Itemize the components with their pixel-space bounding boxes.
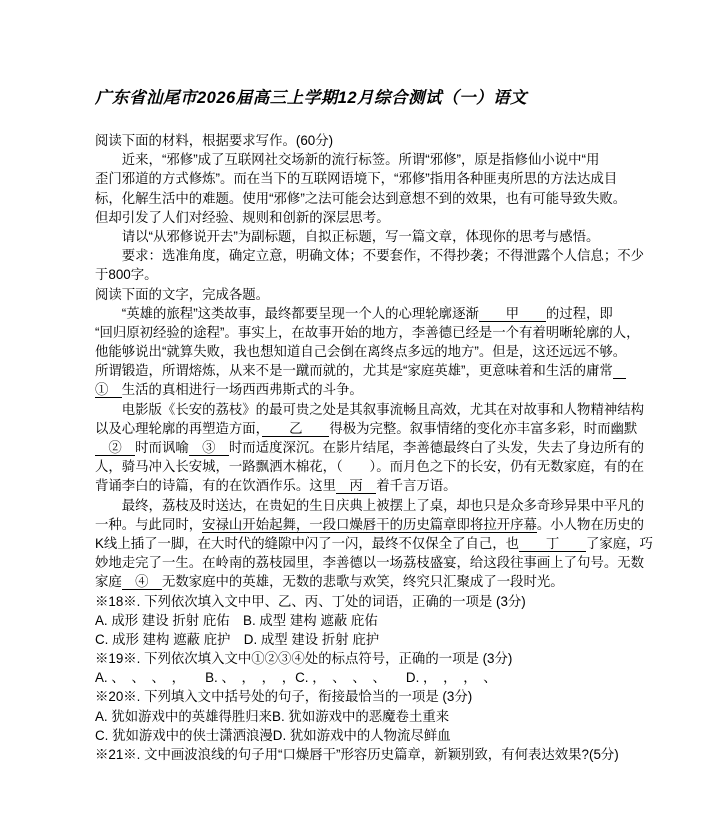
text-segment: ※21※. 文中画波浪线的句子用“口燥唇干”形容历史篇章，新颖别致，有何表达效果… — [95, 747, 619, 762]
underlined-text: 丙 — [336, 478, 376, 494]
text-line: 家庭 ④ 无数家庭中的英雄，无数的悲歌与欢笑，终究只汇聚成了一段时光。 — [95, 572, 655, 591]
text-line: 以及心理轮廓的再塑造方面， 乙 得极为完整。叙事情绪的变化亦丰富多彩，时而幽默 — [95, 419, 655, 438]
underlined-text: ① — [95, 382, 122, 398]
text-line: 阅读下面的材料，根据要求写作。(60分) — [95, 131, 655, 150]
text-segment: ※18※. 下列依次填入文中甲、乙、丙、丁处的词语，正确的一项是 (3分) — [95, 594, 526, 609]
text-line: C. 成形 建构 遮蔽 庇护 D. 成型 建设 折射 庇护 — [95, 630, 655, 649]
text-segment: 时而适度深沉。在影片结尾，李善德最终白了头发，失去了身边所有的 — [229, 440, 644, 455]
text-line: 阅读下面的文字，完成各题。 — [95, 285, 655, 304]
underlined-text: 乙 — [262, 421, 329, 437]
text-line: 电影版《长安的荔枝》的最可贵之处是其叙事流畅且高效，尤其在对故事和人物精神结构 — [95, 400, 655, 419]
underlined-text: 丁 — [519, 536, 586, 552]
text-segment: 于800字。 — [95, 267, 158, 282]
document-page: 广东省汕尾市2026届高三上学期12月综合测试（一）语文 阅读下面的材料，根据要… — [0, 0, 718, 825]
text-segment: 背诵李白的诗篇，有的在饮酒作乐。这里 — [95, 478, 336, 493]
text-segment: 最终，荔枝及时送达，在贵妃的生日庆典上被摆上了桌，却也只是众多奇珍异果中平凡的 — [95, 498, 644, 513]
text-line: C. 犹如游戏中的侠士潇洒浪漫D. 犹如游戏中的人物流尽鲜血 — [95, 726, 655, 745]
text-line: 一种。与此同时，安禄山开始起舞，一段口燥唇干的历史篇章即将拉开序幕。小人物在历史… — [95, 515, 655, 534]
text-segment: 生活的真相进行一场西西弗斯式的斗争。 — [122, 382, 363, 397]
text-segment: A. 成形 建设 折射 庇佑 B. 成型 建构 遮蔽 庇佑 — [95, 613, 378, 628]
underlined-text: ② — [95, 440, 135, 456]
text-segment: 但却引发了人们对经验、规则和创新的深层思考。 — [95, 210, 390, 225]
text-line: ※21※. 文中画波浪线的句子用“口燥唇干”形容历史篇章，新颖别致，有何表达效果… — [95, 745, 655, 764]
text-segment: 歪门邪道的方式修炼”。而在当下的互联网语境下，“邪修”指用各种匪夷所思的方法达成… — [95, 171, 617, 186]
text-line: 人，骑马冲入长安城，一路飘洒木棉花，（ ）。而月色之下的长安，仍有无数家庭，有的… — [95, 457, 655, 476]
page-title: 广东省汕尾市2026届高三上学期12月综合测试（一）语文 — [95, 84, 527, 108]
text-segment: C. 成形 建构 遮蔽 庇护 D. 成型 建设 折射 庇护 — [95, 632, 379, 647]
text-segment: ※19※. 下列依次填入文中①②③④处的标点符号，正确的一项是 (3分) — [95, 651, 512, 666]
text-line: 请以“从邪修说开去”为副标题，自拟正标题，写一篇文章，体现你的思考与感悟。 — [95, 227, 655, 246]
text-segment: “回归原初经验的途程”。事实上，在故事开始的地方，李善德已经是一个有着明晰轮廓的… — [95, 325, 640, 340]
underlined-text — [613, 363, 626, 379]
text-segment: “英雄的旅程”这类故事，最终都要呈现一个人的心理轮廓逐渐 — [95, 306, 479, 321]
text-segment: 无数家庭中的英雄，无数的悲歌与欢笑，终究只汇聚成了一段时光。 — [162, 574, 564, 589]
text-segment: 他能够说出“就算失败，我也想知道自己会倒在离终点多远的地方”。但是，这还远远不够… — [95, 344, 626, 359]
text-segment: 得极为完整。叙事情绪的变化亦丰富多彩，时而幽默 — [329, 421, 637, 436]
text-segment: 要求：选准角度，确定立意，明确文体；不要套作，不得抄袭；不得泄露个人信息；不少 — [95, 248, 644, 263]
text-line: ※18※. 下列依次填入文中甲、乙、丙、丁处的词语，正确的一项是 (3分) — [95, 592, 655, 611]
text-line: 背诵李白的诗篇，有的在饮酒作乐。这里 丙 着千言万语。 — [95, 476, 655, 495]
text-line: ※20※. 下列填入文中括号处的句子，衔接最恰当的一项是 (3分) — [95, 687, 655, 706]
text-segment: 阅读下面的文字，完成各题。 — [95, 287, 269, 302]
text-segment: 妙地走完了一生。在岭南的荔枝园里，李善德以一场荔枝盛宴，给这段往事画上了句号。无… — [95, 555, 644, 570]
text-segment: 着千言万语。 — [376, 478, 456, 493]
text-line: A. 犹如游戏中的英雄得胜归来B. 犹如游戏中的恶魔卷土重来 — [95, 707, 655, 726]
text-segment: 近来，“邪修”成了互联网社交场新的流行标签。所谓“邪修”，原是指修仙小说中“用 — [95, 152, 599, 167]
text-segment: 所谓锻造，所谓熔炼，从来不是一蹴而就的，尤其是“家庭英雄”，更意味着和生活的庸常 — [95, 363, 613, 378]
text-segment: 标，化解生活中的难题。使用“邪修”之法可能会达到意想不到的效果，也有可能导致失败… — [95, 191, 626, 206]
text-segment: K线上插了一脚，在大时代的缝隙中闪了一闪，最终不仅保全了自己，也 — [95, 536, 519, 551]
text-line: 他能够说出“就算失败，我也想知道自己会倒在离终点多远的地方”。但是，这还远远不够… — [95, 342, 655, 361]
text-line: 最终，荔枝及时送达，在贵妃的生日庆典上被摆上了桌，却也只是众多奇珍异果中平凡的 — [95, 496, 655, 515]
text-line: ※19※. 下列依次填入文中①②③④处的标点符号，正确的一项是 (3分) — [95, 649, 655, 668]
underlined-text: 甲 — [479, 306, 546, 322]
text-line: ① 生活的真相进行一场西西弗斯式的斗争。 — [95, 380, 655, 399]
document-body: 阅读下面的材料，根据要求写作。(60分) 近来，“邪修”成了互联网社交场新的流行… — [95, 131, 655, 764]
text-segment: 电影版《长安的荔枝》的最可贵之处是其叙事流畅且高效，尤其在对故事和人物精神结构 — [95, 402, 644, 417]
text-line: A. 成形 建设 折射 庇佑 B. 成型 建构 遮蔽 庇佑 — [95, 611, 655, 630]
text-line: 但却引发了人们对经验、规则和创新的深层思考。 — [95, 208, 655, 227]
text-segment: 人，骑马冲入长安城，一路飘洒木棉花，（ ）。而月色之下的长安，仍有无数家庭，有的… — [95, 459, 644, 474]
text-line: 妙地走完了一生。在岭南的荔枝园里，李善德以一场荔枝盛宴，给这段往事画上了句号。无… — [95, 553, 655, 572]
text-line: 所谓锻造，所谓熔炼，从来不是一蹴而就的，尤其是“家庭英雄”，更意味着和生活的庸常 — [95, 361, 655, 380]
text-segment: A. 、 、 、 ， B. 、 ， ， ，C. ， 、 、 、 D. ， ， ，… — [95, 670, 497, 685]
text-line: “回归原初经验的途程”。事实上，在故事开始的地方，李善德已经是一个有着明晰轮廓的… — [95, 323, 655, 342]
text-line: 近来，“邪修”成了互联网社交场新的流行标签。所谓“邪修”，原是指修仙小说中“用 — [95, 150, 655, 169]
text-segment: 一种。与此同时， — [95, 517, 202, 532]
text-segment: C. 犹如游戏中的侠士潇洒浪漫D. 犹如游戏中的人物流尽鲜血 — [95, 728, 451, 743]
text-line: A. 、 、 、 ， B. 、 ， ， ，C. ， 、 、 、 D. ， ， ，… — [95, 668, 655, 687]
underlined-text: ③ — [189, 440, 229, 456]
text-line: 要求：选准角度，确定立意，明确文体；不要套作，不得抄袭；不得泄露个人信息；不少 — [95, 246, 655, 265]
text-segment: 家庭 — [95, 574, 122, 589]
text-segment: 以及心理轮廓的再塑造方面， — [95, 421, 262, 436]
text-segment: 时而讽喻 — [135, 440, 189, 455]
text-segment: ※20※. 下列填入文中括号处的句子，衔接最恰当的一项是 (3分) — [95, 689, 472, 704]
text-segment: 。小人物在历史的 — [537, 517, 644, 532]
text-segment: 请以“从邪修说开去”为副标题，自拟正标题，写一篇文章，体现你的思考与感悟。 — [95, 229, 599, 244]
underlined-text: 安禄山开始起舞，一段口燥唇干的历史篇章即将拉开序幕 — [202, 517, 537, 533]
text-segment: 了家庭，巧 — [586, 536, 653, 551]
text-line: “英雄的旅程”这类故事，最终都要呈现一个人的心理轮廓逐渐 甲 的过程，即 — [95, 304, 655, 323]
text-line: ② 时而讽喻 ③ 时而适度深沉。在影片结尾，李善德最终白了头发，失去了身边所有的 — [95, 438, 655, 457]
text-line: K线上插了一脚，在大时代的缝隙中闪了一闪，最终不仅保全了自己，也 丁 了家庭，巧 — [95, 534, 655, 553]
text-line: 于800字。 — [95, 265, 655, 284]
text-line: 标，化解生活中的难题。使用“邪修”之法可能会达到意想不到的效果，也有可能导致失败… — [95, 189, 655, 208]
text-segment: 的过程，即 — [546, 306, 613, 321]
text-line: 歪门邪道的方式修炼”。而在当下的互联网语境下，“邪修”指用各种匪夷所思的方法达成… — [95, 169, 655, 188]
underlined-text: ④ — [122, 574, 162, 590]
text-segment: 阅读下面的材料，根据要求写作。(60分) — [95, 133, 333, 148]
text-segment: A. 犹如游戏中的英雄得胜归来B. 犹如游戏中的恶魔卷土重来 — [95, 709, 449, 724]
